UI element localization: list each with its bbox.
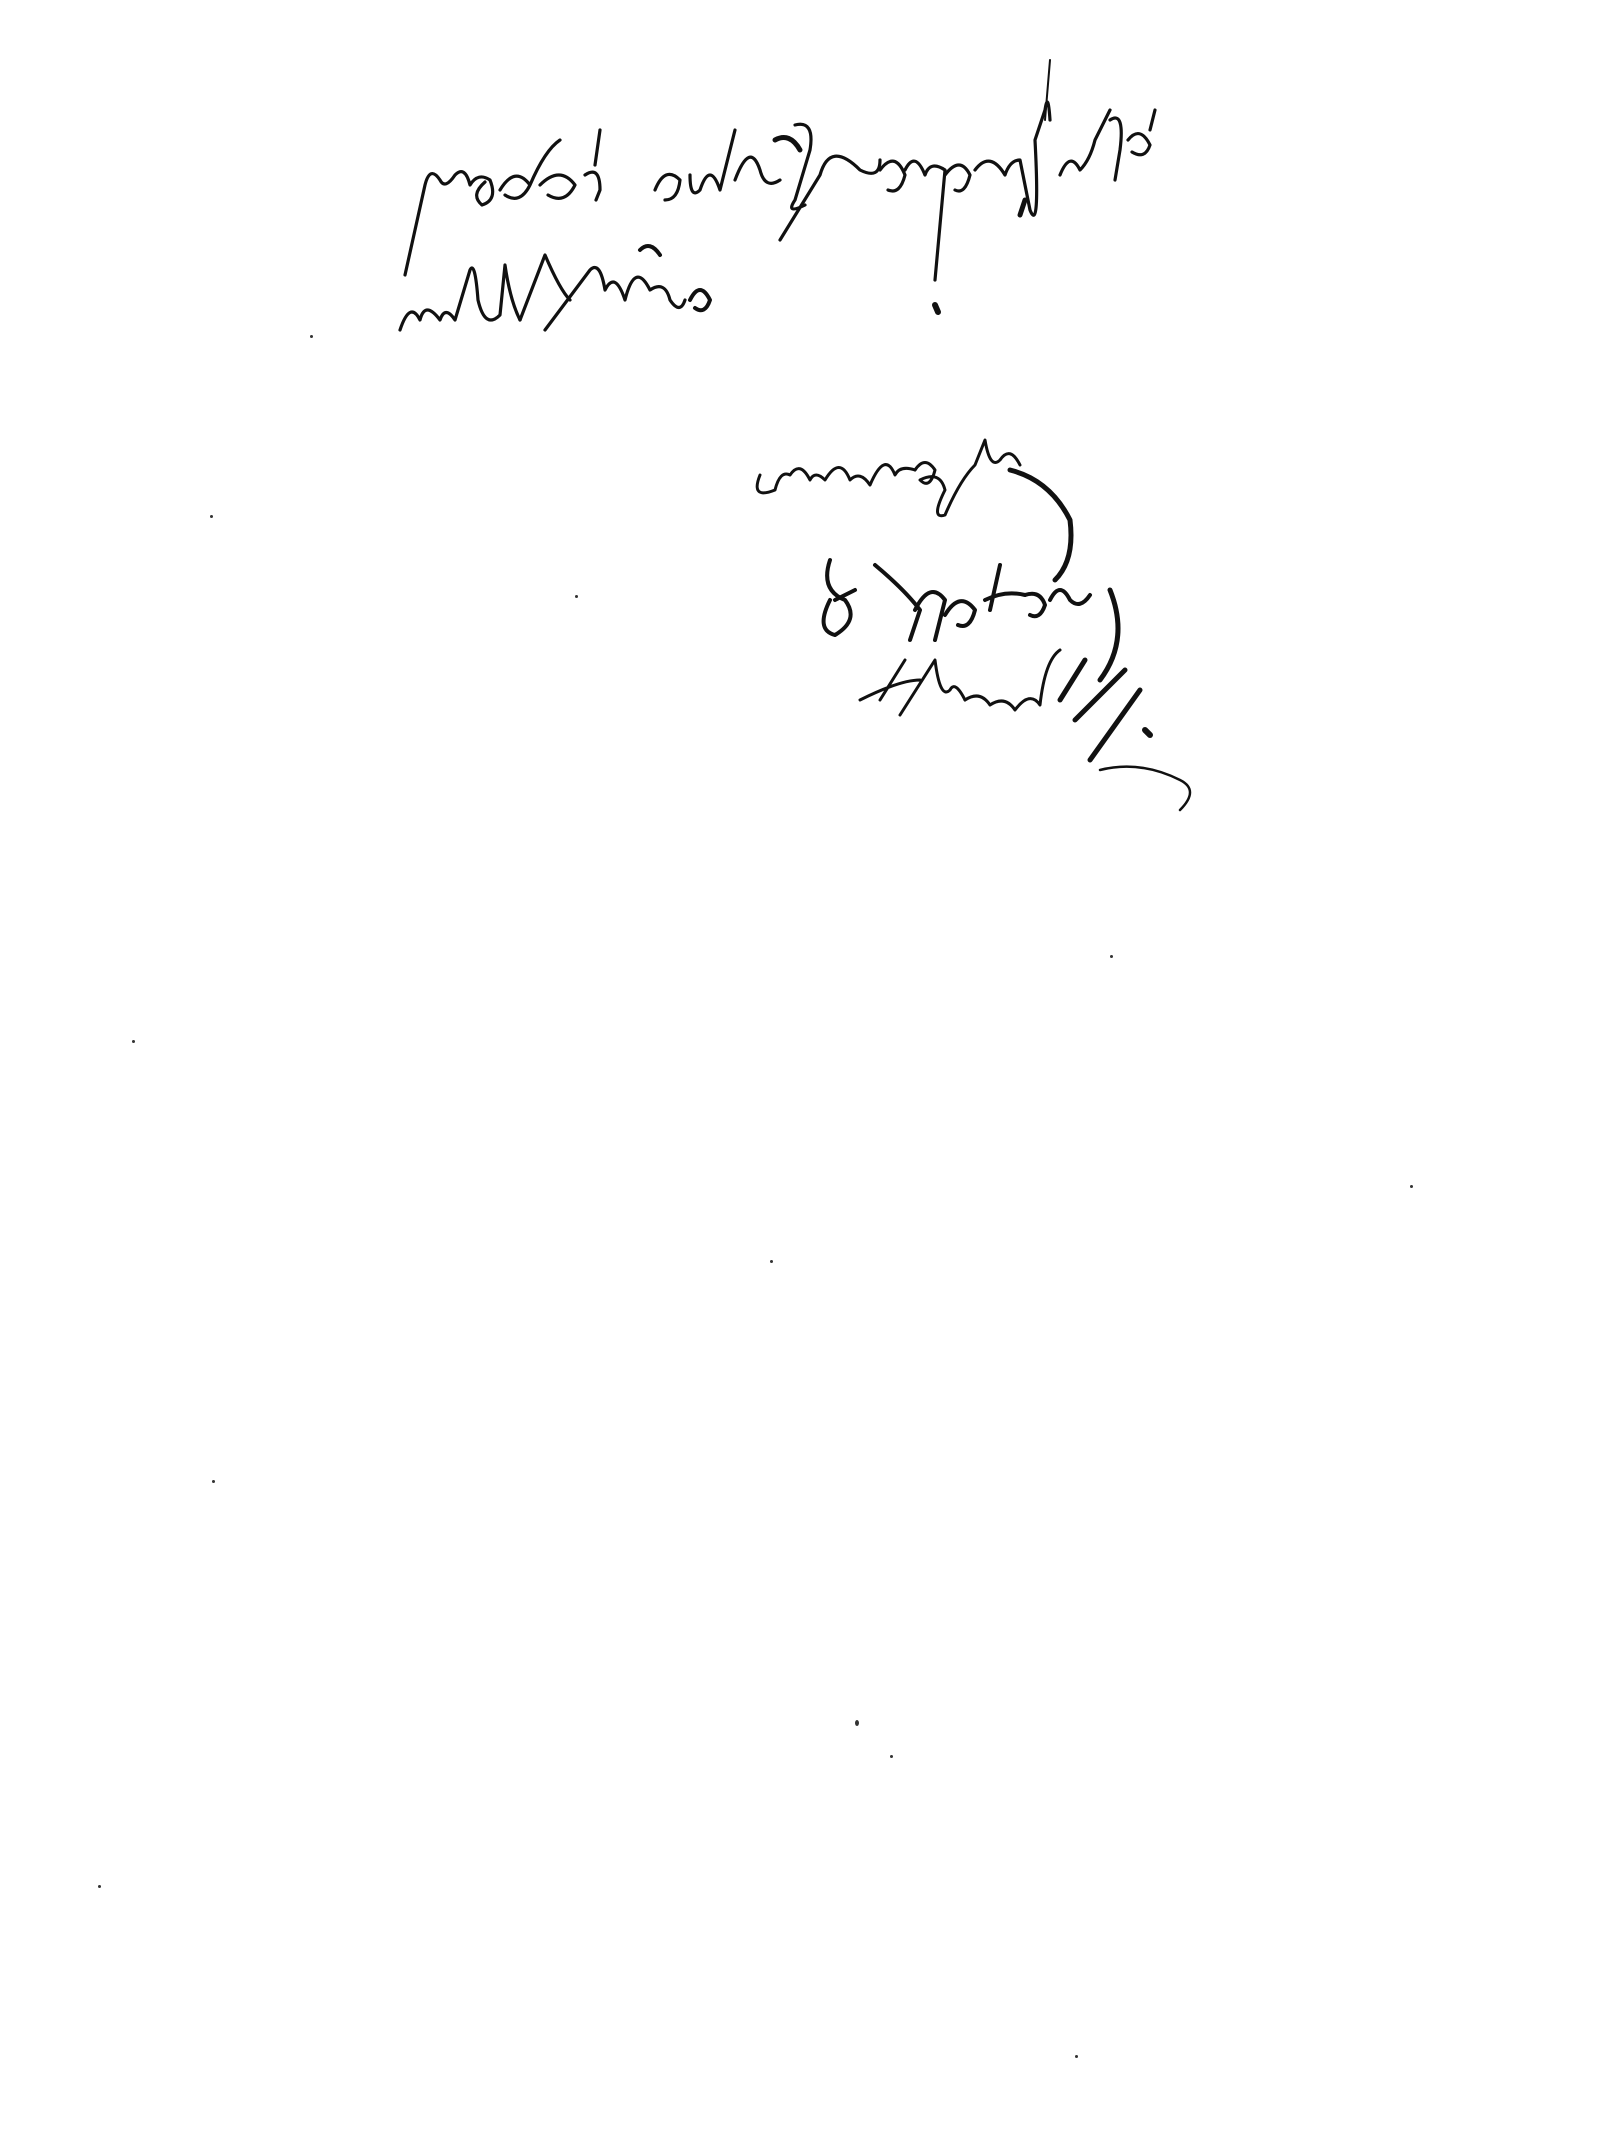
scan-speck <box>1410 1185 1413 1188</box>
scan-speck <box>770 1260 773 1263</box>
scan-speck <box>1075 2055 1078 2058</box>
scan-speck <box>98 1885 101 1888</box>
scan-speck <box>855 1720 859 1726</box>
scan-speck <box>132 1040 135 1043</box>
signature-title-strokes <box>824 560 1118 680</box>
signature-name-strokes <box>860 650 1190 810</box>
scan-speck <box>310 335 313 338</box>
body-line-2-strokes <box>400 246 938 330</box>
scan-speck <box>210 515 213 518</box>
scan-speck <box>1110 955 1113 958</box>
document-page: μισθόν αὐτῷ ἐκ δραχμῶν 450 καθ' ἕκαστον … <box>0 0 1604 2137</box>
closing-strokes <box>757 440 1071 580</box>
body-line-1-strokes <box>405 60 1155 280</box>
handwriting-layer <box>0 0 1604 2137</box>
scan-speck <box>212 1480 215 1483</box>
scan-speck <box>890 1755 893 1758</box>
scan-speck <box>575 595 578 598</box>
